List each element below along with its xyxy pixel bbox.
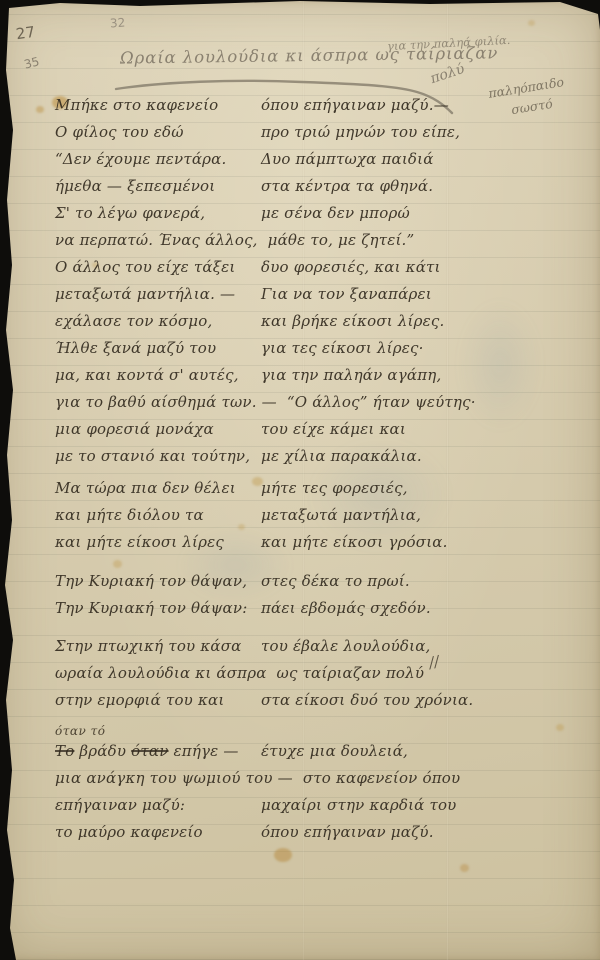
poem-line: Ήλθε ξανά μαζύ τουγια τες είκοσι λίρες· <box>55 339 592 366</box>
poem-line-right: πάει εβδομάς σχεδόν. <box>261 599 592 617</box>
poem-line-left: μια φορεσιά μονάχα <box>55 420 261 438</box>
poem-line: Ο φίλος του εδώπρο τριώ μηνών του είπε, <box>55 123 592 150</box>
poem-line: μεταξωτά μαντήλια. —Για να τον ξαναπάρει <box>55 285 592 312</box>
poem-line: Το βράδυ όταν επήγε —έτυχε μια δουλειά, <box>55 742 592 769</box>
poem-line-right: μάθε το, με ζητεί.” <box>268 231 592 249</box>
page-number-27: 27 <box>15 23 36 43</box>
stain <box>528 20 535 26</box>
manuscript-page: 27 35 32 Ωραία λουλούδια κι άσπρα ως ταί… <box>0 0 600 960</box>
poem-line: Στην πτωχική του κάσατου έβαλε λουλούδια… <box>55 637 592 664</box>
poem-line-left: στην εμορφιά του και <box>55 691 261 709</box>
poem-line-left: και μήτε είκοσι λίρες <box>55 533 261 551</box>
poem-line-right: και μήτε είκοσι γρόσια. <box>261 533 592 551</box>
poem-line-right: Δυο πάμπτωχα παιδιά <box>261 150 592 168</box>
stain <box>556 724 564 731</box>
poem-line-right: με χίλια παρακάλια. <box>261 447 592 465</box>
stain <box>460 864 469 872</box>
poem-line-right: του έβαλε λουλούδια, <box>261 637 592 655</box>
poem-line-left: Ο φίλος του εδώ <box>55 123 261 141</box>
poem-line: να περπατώ. Ένας άλλος,μάθε το, με ζητεί… <box>55 231 592 258</box>
poem-line-left: Την Κυριακή τον θάψαν: <box>55 599 261 617</box>
stanza-2: Μα τώρα πια δεν θέλειμήτε τες φορεσιές,κ… <box>55 479 592 560</box>
poem-line: ωραία λουλούδια κι άσπραως ταίριαζαν πολ… <box>55 664 592 691</box>
poem-line-left: Ο άλλος του είχε τάξει <box>55 258 261 276</box>
poem-line-right: στα κέντρα τα φθηνά. <box>261 177 592 195</box>
stanza-4: Στην πτωχική του κάσατου έβαλε λουλούδια… <box>55 637 592 718</box>
poem-line-right: μεταξωτά μαντήλια, <box>261 506 592 524</box>
poem-line-left: για το βαθύ αίσθημά των. — <box>55 393 287 411</box>
poem-line-left: να περπατώ. Ένας άλλος, <box>55 231 268 249</box>
poem-line-left: “Δεν έχουμε πεντάρα. <box>55 150 261 168</box>
poem-line-right: έτυχε μια δουλειά, <box>261 742 592 760</box>
stain <box>274 848 292 862</box>
poem-line-left: ωραία λουλούδια κι άσπρα <box>55 664 277 682</box>
poem-line-right: του είχε κάμει και <box>261 420 592 438</box>
poem-line-left: εχάλασε τον κόσμο, <box>55 312 261 330</box>
poem-line-right: στες δέκα το πρωί. <box>261 572 592 590</box>
poem-line-left: μα, και κοντά σ' αυτές, <box>55 366 261 384</box>
poem-line: στην εμορφιά του καιστα είκοσι δυό του χ… <box>55 691 592 718</box>
poem-line-right: μήτε τες φορεσιές, <box>261 479 592 497</box>
stain <box>113 560 122 568</box>
poem-line: και μήτε διόλου ταμεταξωτά μαντήλια, <box>55 506 592 533</box>
poem-line: το μαύρο καφενείοόπου επήγαιναν μαζύ. <box>55 823 592 850</box>
poem-line-left: Μπήκε στο καφενείο <box>55 96 261 114</box>
poem-line-left: μεταξωτά μαντήλια. — <box>55 285 261 303</box>
poem-line-left: Το βράδυ όταν επήγε — <box>55 742 261 760</box>
poem-line: “Δεν έχουμε πεντάρα.Δυο πάμπτωχα παιδιά <box>55 150 592 177</box>
poem-line: για το βαθύ αίσθημά των. —“Ο άλλος” ήταν… <box>55 393 592 420</box>
poem-line-right: Για να τον ξαναπάρει <box>261 285 592 303</box>
poem-line: μια ανάγκη του ψωμιού του —στο καφενείον… <box>55 769 592 796</box>
poem-line-left: Ήλθε ξανά μαζύ του <box>55 339 261 357</box>
poem-line-right: στα είκοσι δυό του χρόνια. <box>261 691 592 709</box>
poem-line-left: Σ' το λέγω φανερά, <box>55 204 261 222</box>
poem-line: Μπήκε στο καφενείοόπου επήγαιναν μαζύ.— <box>55 96 592 123</box>
poem-line-left: το μαύρο καφενείο <box>55 823 261 841</box>
poem-line: ήμεθα — ξεπεσμένοιστα κέντρα τα φθηνά. <box>55 177 592 204</box>
poem-line-right: για την παληάν αγάπη, <box>261 366 592 384</box>
stanza-1: Μπήκε στο καφενείοόπου επήγαιναν μαζύ.—Ο… <box>55 96 592 474</box>
poem-line-right: με σένα δεν μπορώ <box>261 204 592 222</box>
poem-line-left: Μα τώρα πια δεν θέλει <box>55 479 261 497</box>
poem-line-left: και μήτε διόλου τα <box>55 506 261 524</box>
poem-line-right: και βρήκε είκοσι λίρες. <box>261 312 592 330</box>
poem-line-left: Την Κυριακή τον θάψαν, <box>55 572 261 590</box>
poem-line: Την Κυριακή τον θάψαν:πάει εβδομάς σχεδό… <box>55 599 592 626</box>
poem-line-right: “Ο άλλος” ήταν ψεύτης· <box>287 393 592 411</box>
interlinear-correction: όταν τό <box>55 724 105 738</box>
title-addition: πολύ <box>428 61 466 87</box>
poem-line-left: Στην πτωχική του κάσα <box>55 637 261 655</box>
poem-line-left: μια ανάγκη του ψωμιού του — <box>55 769 303 787</box>
poem-line: Ο άλλος του είχε τάξειδυο φορεσιές, και … <box>55 258 592 285</box>
page-number-32: 32 <box>110 15 126 30</box>
poem-line-left: επήγαιναν μαζύ: <box>55 796 261 814</box>
poem-line: μα, και κοντά σ' αυτές,για την παληάν αγ… <box>55 366 592 393</box>
poem-line-right: όπου επήγαιναν μαζύ.— <box>261 96 592 114</box>
poem-line-left: με το στανιό και τούτην, <box>55 447 261 465</box>
poem-line-right: μαχαίρι στην καρδιά του <box>261 796 592 814</box>
poem-line: με το στανιό και τούτην,με χίλια παρακάλ… <box>55 447 592 474</box>
stanza-3: Την Κυριακή τον θάψαν,στες δέκα το πρωί.… <box>55 572 592 626</box>
poem-line-right: δυο φορεσιές, και κάτι <box>261 258 592 276</box>
stanza-5: Το βράδυ όταν επήγε —έτυχε μια δουλειά,μ… <box>55 742 592 850</box>
poem-line-right: όπου επήγαιναν μαζύ. <box>261 823 592 841</box>
page-number-35: 35 <box>23 54 41 71</box>
poem-line: Μα τώρα πια δεν θέλειμήτε τες φορεσιές, <box>55 479 592 506</box>
poem-line-left: ήμεθα — ξεπεσμένοι <box>55 177 261 195</box>
poem-line: και μήτε είκοσι λίρεςκαι μήτε είκοσι γρό… <box>55 533 592 560</box>
poem-line: επήγαιναν μαζύ:μαχαίρι στην καρδιά του <box>55 796 592 823</box>
poem-line-right: προ τριώ μηνών του είπε, <box>261 123 592 141</box>
poem-line: μια φορεσιά μονάχατου είχε κάμει και <box>55 420 592 447</box>
poem-line: Σ' το λέγω φανερά,με σένα δεν μπορώ <box>55 204 592 231</box>
poem-line-right: στο καφενείον όπου <box>303 769 592 787</box>
stain <box>36 106 44 113</box>
poem-line: εχάλασε τον κόσμο,και βρήκε είκοσι λίρες… <box>55 312 592 339</box>
poem-line: Την Κυριακή τον θάψαν,στες δέκα το πρωί. <box>55 572 592 599</box>
poem-line-right: για τες είκοσι λίρες· <box>261 339 592 357</box>
